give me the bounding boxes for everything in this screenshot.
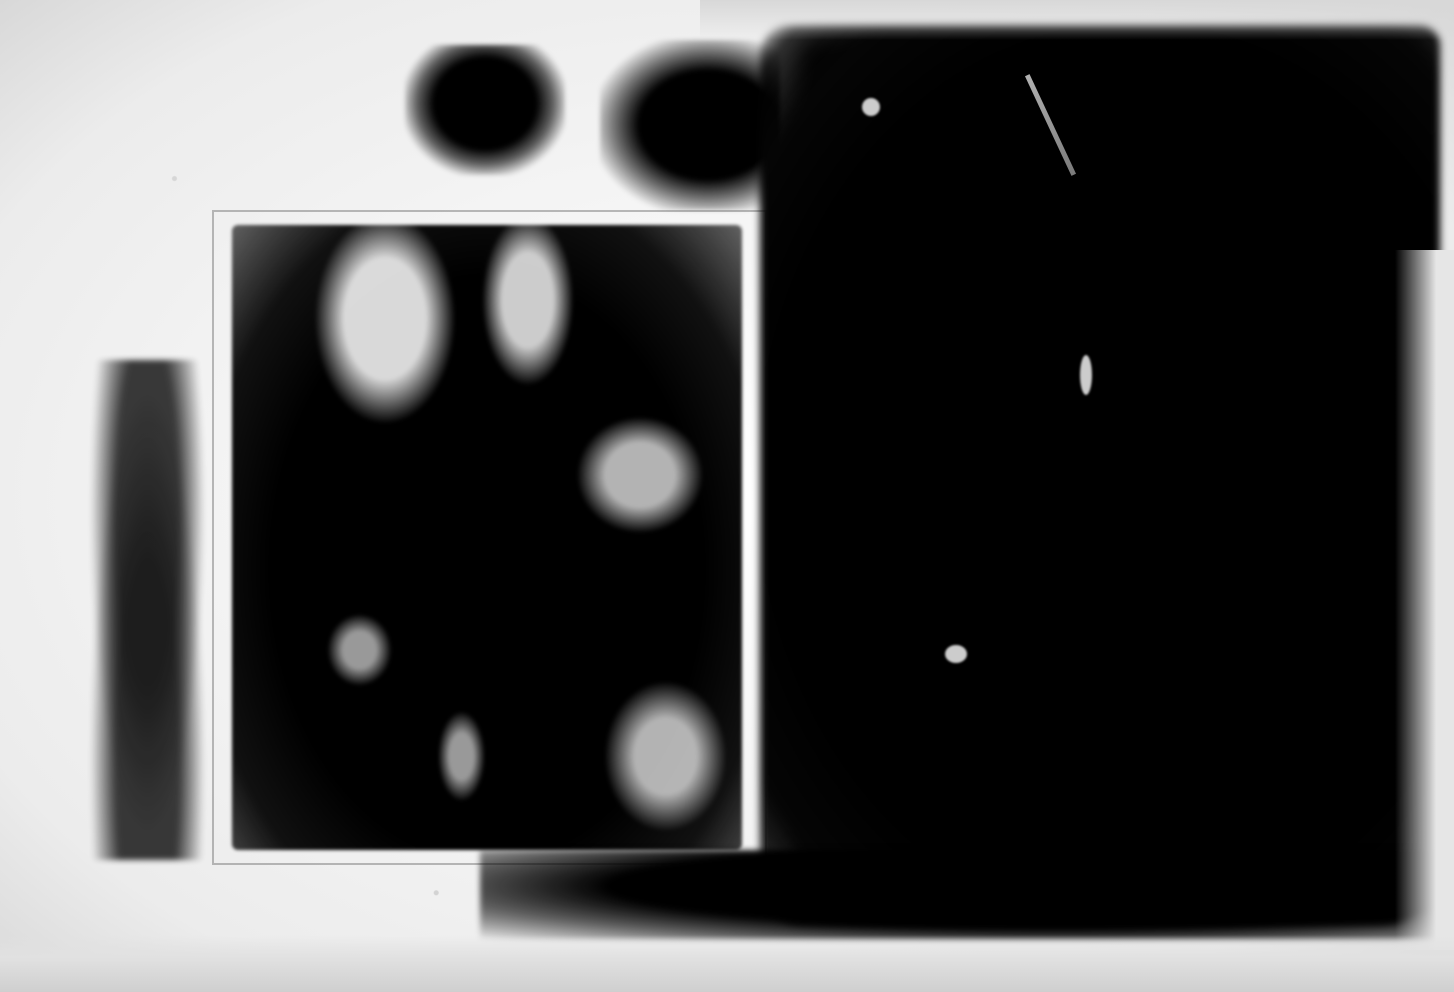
grunge-texture-image: High-contrast black and white distressed… [0, 0, 1454, 992]
right-edge-wear [1395, 250, 1454, 950]
bottom-dark-band [480, 850, 1440, 940]
dark-blob-top-left [405, 45, 565, 175]
framed-dark-region [232, 225, 742, 850]
top-edge-wear [700, 0, 1454, 40]
light-spot [862, 98, 880, 116]
dark-blob-top-center [600, 40, 780, 210]
light-spot [945, 645, 967, 663]
mottled-left-column [85, 360, 210, 860]
light-spot [1080, 355, 1092, 395]
right-dark-mass [760, 25, 1440, 925]
bottom-edge-wear [0, 935, 1454, 992]
